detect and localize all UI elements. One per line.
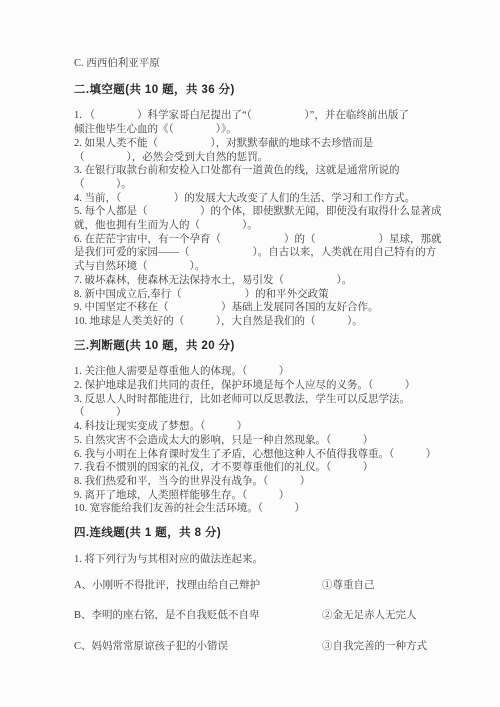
judge-question-6: 6. 我与小明在上体育课时发生了矛盾，心想他这种人不值得我尊重。（ ） xyxy=(74,448,460,462)
choice-option-c: C. 西西伯利亚平原 xyxy=(74,57,464,71)
matching-row-c: C、妈妈常常原谅孩子犯的小错误 ③自我完善的一种方式 xyxy=(74,640,460,654)
matching-instruction: 1. 将下列行为与其相对应的做法连起来。 xyxy=(74,553,460,567)
matching-row-a: A、小刚听不得批评，找理由给自己辩护 ①尊重自己 xyxy=(74,579,460,593)
matching-option-2: ②金无足赤人无完人 xyxy=(322,609,460,623)
judge-question-1: 1. 关注他人需要是尊重他人的体现。（ ） xyxy=(74,365,460,379)
section-title-fill-in-blank: 二.填空题(共 10 题，共 36 分) xyxy=(74,84,464,98)
judge-question-8: 8. 我们热爱和平，当今的世界没有战争。（ ） xyxy=(74,475,460,489)
fill-question-4: 4. 当前，（ ）的发展大大改变了人们的生活、学习和工作方式。 xyxy=(74,192,460,206)
section-title-matching: 四.连线题(共 1 题，共 8 分) xyxy=(74,527,464,541)
matching-row-b: B、李明的座右铭，是不自我贬低不自卑 ②金无足赤人无完人 xyxy=(74,609,460,623)
matching-option-1: ①尊重自己 xyxy=(322,579,460,593)
fill-question-6: 6. 在茫茫宇宙中，有一个孕育（ ）的（ ）星球，那就 是我们可爱的家园——（ … xyxy=(74,233,460,274)
fill-question-3: 3. 在银行取款台前和安检入口处都有一道黄色的线，这就是通常所说的 （ ）。 xyxy=(74,164,460,191)
judge-question-2: 2. 保护地球是我们共同的责任，保护环境是每个人应尽的义务。（ ） xyxy=(74,379,460,393)
judge-question-7: 7. 我看不惯别的国家的礼仪，才不要尊重他们的礼仪。（ ） xyxy=(74,461,460,475)
judge-question-4: 4. 科技让现实变成了梦想。（ ） xyxy=(74,420,460,434)
matching-item-b: B、李明的座右铭，是不自我贬低不自卑 xyxy=(74,609,322,623)
fill-question-8: 8. 新中国成立后,奉行（ ）的和平外交政策 xyxy=(74,288,460,302)
fill-question-10: 10. 地球是人类美好的（ ），大自然是我们的（ ）。 xyxy=(74,315,460,329)
judge-question-10: 10. 宽容能给我们友善的社会生活环境。（ ） xyxy=(74,502,460,516)
fill-question-5: 5. 每个人都是（ ）的个体，即使默默无闻，即使没有取得什么显著成 就，他也拥有… xyxy=(74,205,460,232)
judge-question-9: 9. 离开了地球，人类照样能够生存。（ ） xyxy=(74,489,460,503)
matching-option-3: ③自我完善的一种方式 xyxy=(322,640,460,654)
section-title-true-false: 三.判断题(共 10 题，共 20 分) xyxy=(74,340,464,354)
fill-question-7: 7. 破坏森林，使森林无法保持水土，易引发（ ）。 xyxy=(74,274,460,288)
judge-question-5: 5. 自然灾害不会造成太大的影响，只是一种自然现象。（ ） xyxy=(74,434,460,448)
matching-item-a: A、小刚听不得批评，找理由给自己辩护 xyxy=(74,579,322,593)
matching-item-c: C、妈妈常常原谅孩子犯的小错误 xyxy=(74,640,322,654)
fill-question-2: 2. 如果人类不能（ ），对默默奉献的地球不去珍惜而是 （ ），必然会受到大自然… xyxy=(74,137,460,164)
fill-question-1: 1. （ ）科学家哥白尼提出了“（ ）”，并在临终前出版了 倾注他毕生心血的《（… xyxy=(74,109,460,136)
fill-question-9: 9. 中国坚定不移在（ ）基础上发展同各国的友好合作。 xyxy=(74,301,460,315)
judge-question-3: 3. 反思人人时时都能进行，比如老师可以反思教法，学生可以反思学法。 （ ） xyxy=(74,393,460,420)
exam-paper-page: C. 西西伯利亚平原 二.填空题(共 10 题，共 36 分) 1. （ ）科学… xyxy=(0,0,500,707)
